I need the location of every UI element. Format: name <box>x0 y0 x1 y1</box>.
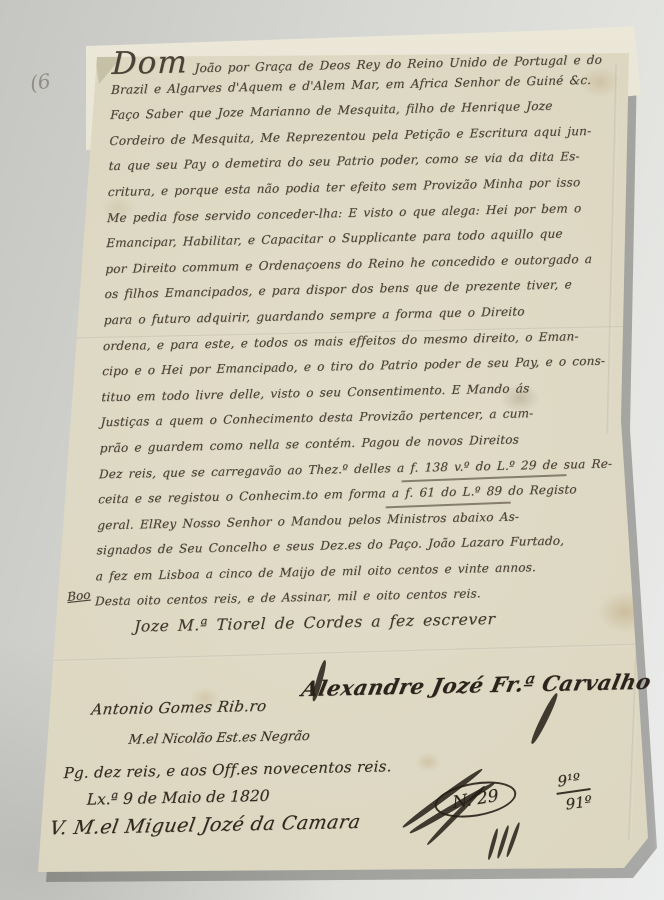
marginal-note: Boo <box>67 588 91 604</box>
pencil-mark: (6 <box>28 69 52 96</box>
account-fraction: 9¹º 91º <box>555 768 593 814</box>
place-date-line: Lx.ª 9 de Maio de 1820 <box>86 787 269 809</box>
signature-alexandre-carvalho: Alexandre Jozé Fr.ª Carvalho <box>299 669 653 701</box>
photo-backdrop: DomJoão por Graça de Deos Rey do Reino U… <box>0 0 664 900</box>
ink-flourish <box>529 692 560 745</box>
manuscript-ink-layer: DomJoão por Graça de Deos Rey do Reino U… <box>0 0 664 900</box>
signature-nicolao-negrao: M.el Nicolão Est.es Negrão <box>128 729 311 748</box>
closing-line: Joze M.ª Tiorel de Cordes a fez escrever <box>134 610 496 636</box>
account-fraction-bottom: 91º <box>557 790 593 815</box>
fee-note-line: Pg. dez reis, e aos Off.es novecentos re… <box>63 757 392 782</box>
signature-antonio-gomes: Antonio Gomes Rib.ro <box>90 697 267 719</box>
manuscript-text: DomJoão por Graça de Deos Rey do Reino U… <box>95 41 633 615</box>
official-signature-line: V. M.el Miguel Jozé da Camara <box>48 811 362 840</box>
